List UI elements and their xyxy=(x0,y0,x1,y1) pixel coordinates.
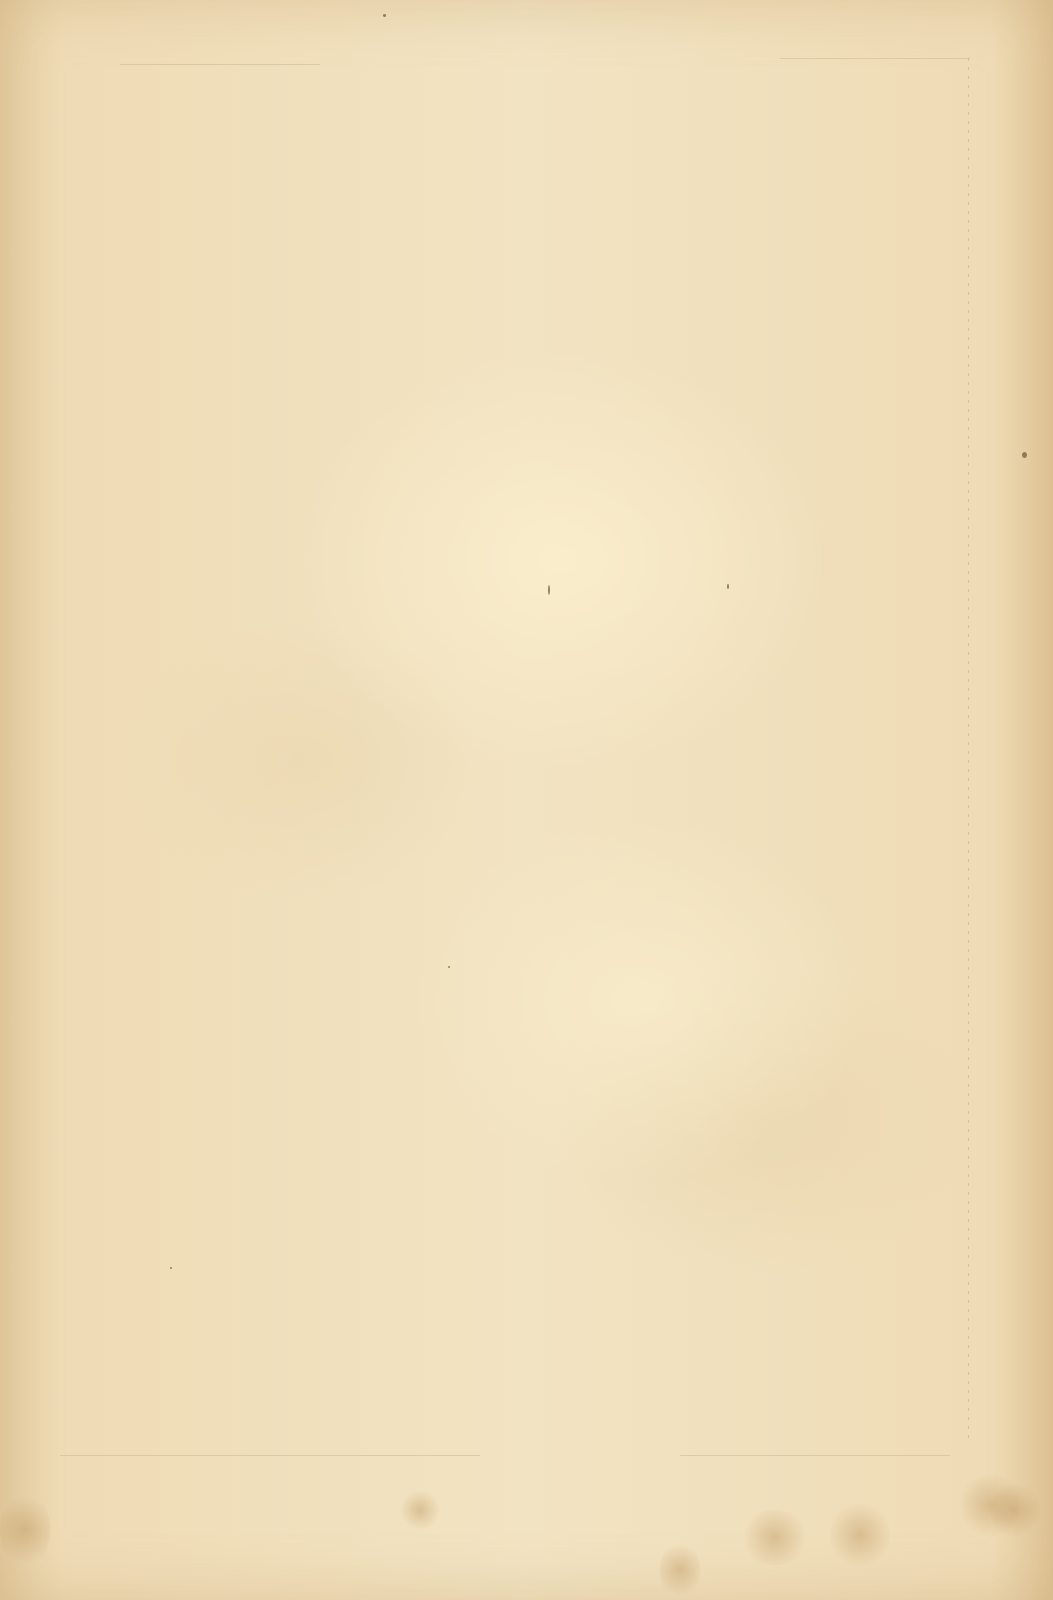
foxing-stain xyxy=(740,1510,810,1565)
foxing-stain xyxy=(990,1480,1040,1540)
bottom-frame-line-left xyxy=(60,1455,480,1456)
paper-speck xyxy=(548,585,550,595)
foxing-stain xyxy=(0,1490,50,1570)
top-frame-line-left xyxy=(120,64,320,65)
foxing-stain xyxy=(400,1490,440,1530)
paper-speck xyxy=(170,1267,172,1269)
paper-speck xyxy=(448,966,450,968)
top-frame-line-right xyxy=(780,58,970,59)
foxing-stain xyxy=(660,1540,700,1600)
bottom-frame-line-right xyxy=(680,1455,950,1456)
paper-speck xyxy=(383,14,386,17)
foxing-stain xyxy=(830,1500,890,1570)
paper-speck xyxy=(727,584,729,589)
paper-speck xyxy=(1022,452,1027,458)
page-edge-shadow xyxy=(0,0,1053,1600)
blank-page xyxy=(0,0,1053,1600)
right-frame-line xyxy=(968,58,969,1438)
